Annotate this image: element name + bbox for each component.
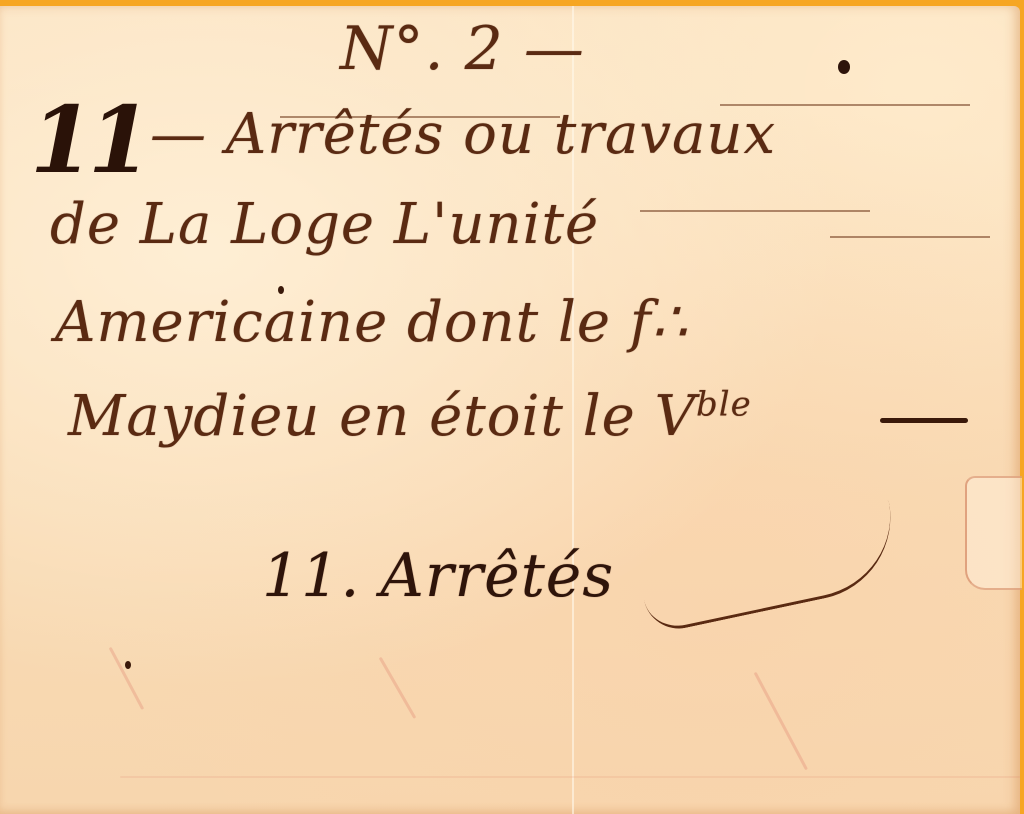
ink-bleed-mark <box>120 776 1020 778</box>
ink-dot <box>278 286 284 294</box>
margin-number: 11 <box>30 86 146 194</box>
decorative-swash <box>634 500 906 635</box>
document-number-heading: N°. 2 — <box>340 14 585 84</box>
line-de-la-loge-lunite: de La Loge L'unité <box>50 192 599 257</box>
ruled-line <box>640 210 870 212</box>
line-arretes-ou-travaux: — Arrêtés ou travaux <box>150 102 776 167</box>
ink-dot <box>125 661 131 669</box>
line-americaine-dont-le-f: Americaine dont le f∴ <box>55 290 688 355</box>
line-maydieu-en-etoit-le: Maydieu en étoit le Vble <box>68 384 752 449</box>
abbreviation-superscript-ble: ble <box>696 384 752 424</box>
ink-bleed-mark <box>754 672 808 771</box>
ink-blot <box>838 60 850 74</box>
ruled-line <box>830 236 990 238</box>
line4-main-text: Maydieu en étoit le V <box>68 384 696 449</box>
manuscript-page: 11 N°. 2 — — Arrêtés ou travaux de La Lo… <box>0 6 1020 814</box>
line-11-arretes: 11. Arrêtés <box>262 541 614 611</box>
ink-bleed-mark <box>109 647 145 710</box>
underline-dash <box>880 418 968 423</box>
ink-bleed-mark <box>379 657 417 719</box>
torn-paper-edge <box>965 476 1022 590</box>
